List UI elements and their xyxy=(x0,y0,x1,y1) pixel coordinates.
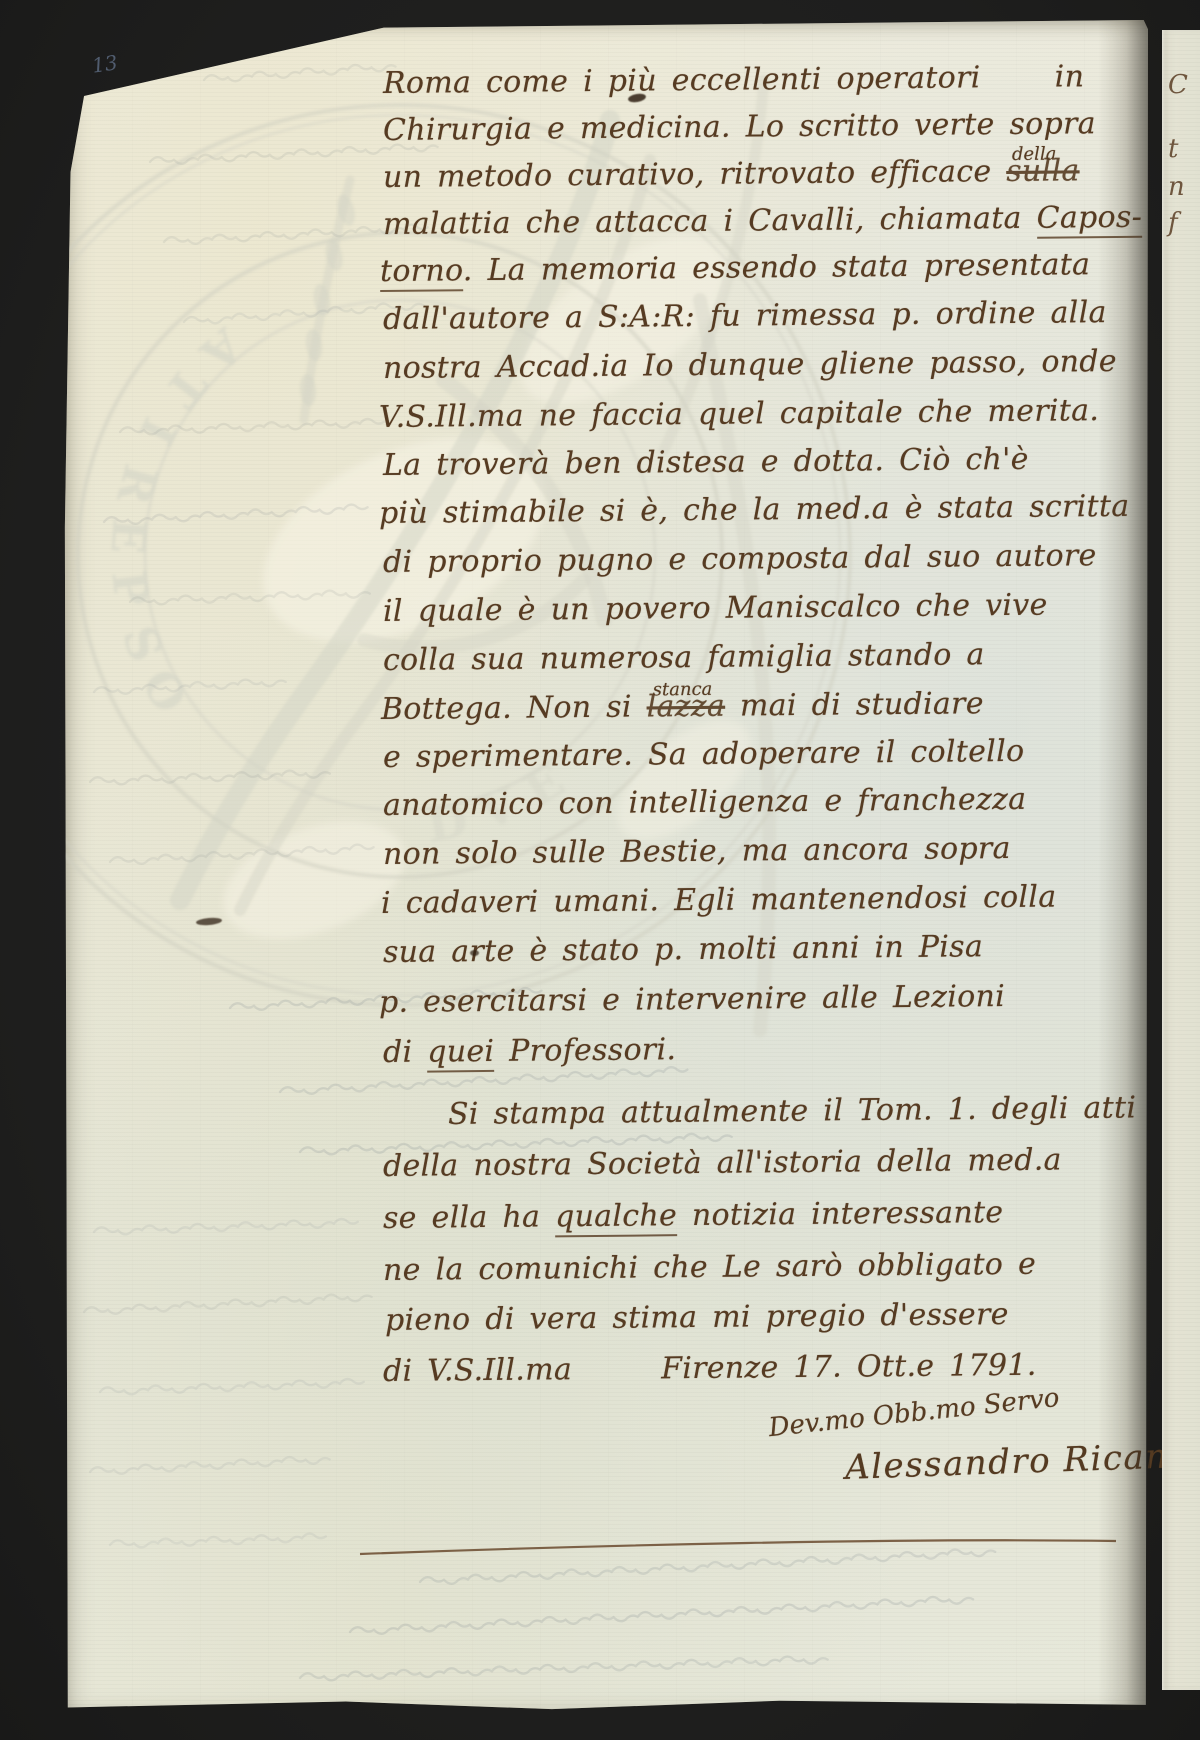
bleedthrough-line xyxy=(130,589,370,605)
bleedthrough-line xyxy=(280,1066,688,1095)
bleedthrough-line xyxy=(120,418,384,435)
bleedthrough-line xyxy=(420,1547,996,1585)
bleedthrough-line xyxy=(90,769,330,785)
bleedthrough-line xyxy=(184,301,424,326)
edge-glyph: C xyxy=(1168,70,1188,100)
bleedthrough-line xyxy=(150,142,438,165)
bleedthrough-line xyxy=(100,1378,364,1395)
gutter-shadow xyxy=(1098,20,1150,1710)
bleedthrough-line xyxy=(94,1218,358,1235)
bleedthrough-line xyxy=(110,844,374,866)
bleedthrough-line xyxy=(204,62,396,83)
edge-glyph: t xyxy=(1168,134,1178,164)
page-number: 13 xyxy=(90,50,119,77)
bleedthrough-line xyxy=(90,1455,330,1475)
bleedthrough-line xyxy=(164,224,428,246)
bleedthrough-line xyxy=(110,1533,326,1548)
bleedthrough-line xyxy=(350,1595,974,1636)
bleedthrough-line xyxy=(84,1292,372,1315)
bleedthrough-line xyxy=(230,987,542,1011)
ink-blot xyxy=(470,950,479,956)
edge-glyph: n xyxy=(1168,172,1185,202)
edge-glyph: f xyxy=(1168,208,1178,238)
bleedthrough-line xyxy=(94,678,286,696)
bleedthrough-line xyxy=(300,1655,828,1681)
bleedthrough-line xyxy=(300,1132,732,1155)
next-page-edge: Ctnf xyxy=(1162,30,1200,1690)
bleedthrough-line xyxy=(104,504,368,526)
scan-background: OSPERITADVE Roma come i più eccellenti o… xyxy=(0,0,1200,1740)
